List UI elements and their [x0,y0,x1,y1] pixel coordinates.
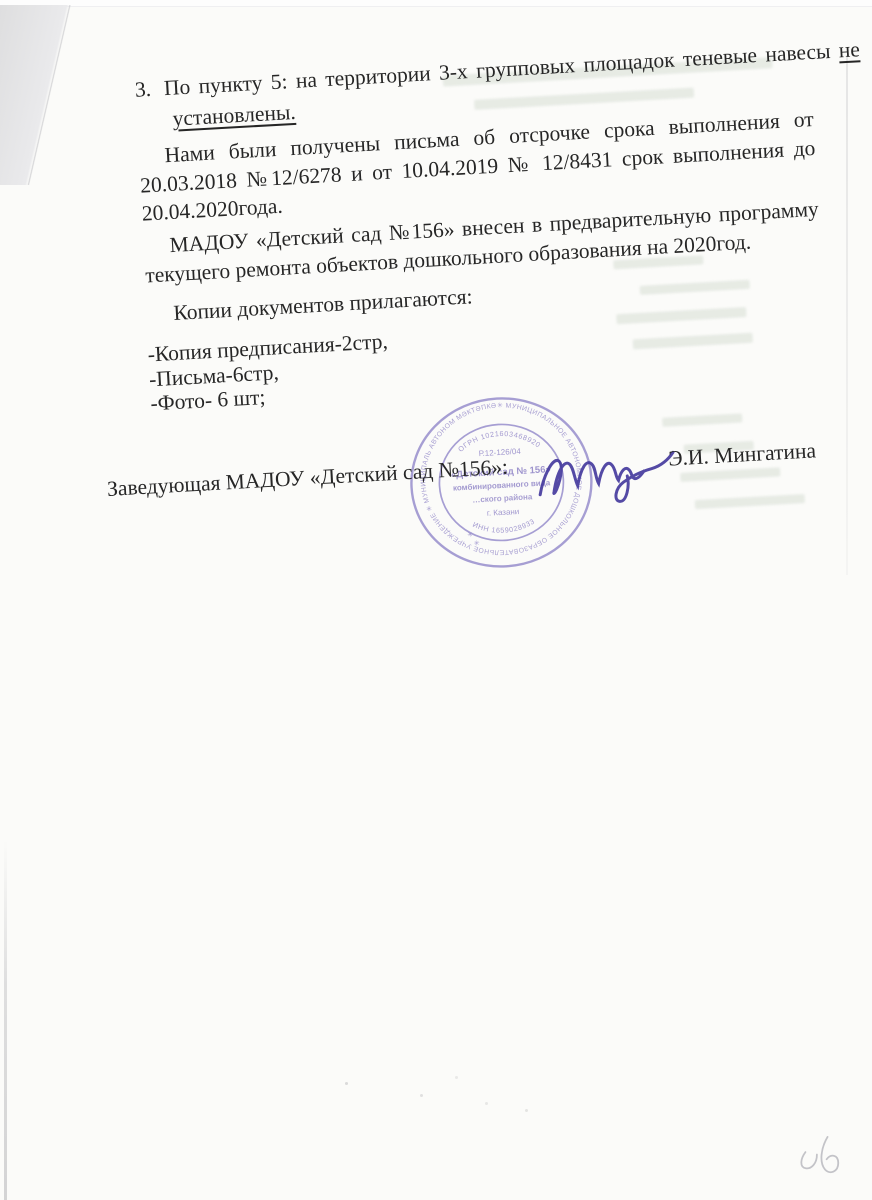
bleed-through-ghost-text [616,307,746,324]
page-left-edge-shadow [4,840,7,1200]
bleed-through-ghost-text [633,333,753,350]
item-text: По пункту 5: на территории 3-х групповых… [163,39,831,100]
attachments-list: -Копия предписания-2стр, -Письма-6стр, -… [147,329,391,416]
scanned-document-page: 3.По пункту 5: на территории 3-х группов… [0,0,872,1200]
item-number: 3. [134,77,151,102]
stamp-inn: ИНН 1659028933 [471,516,537,536]
stamp-star: ✳ [467,531,473,539]
svg-text:ИНН 1659028933: ИНН 1659028933 [471,516,537,536]
stamp-city-line: г. Казани [487,507,520,518]
scan-noise-specks [345,1082,348,1085]
pencil-page-number [786,1122,855,1188]
stamp-star: ✳ [474,539,480,547]
document-body: 3.По пункту 5: на территории 3-х группов… [40,0,872,679]
bleed-through-ghost-text [695,494,805,509]
stamp-district-line: …ского района [472,492,533,504]
